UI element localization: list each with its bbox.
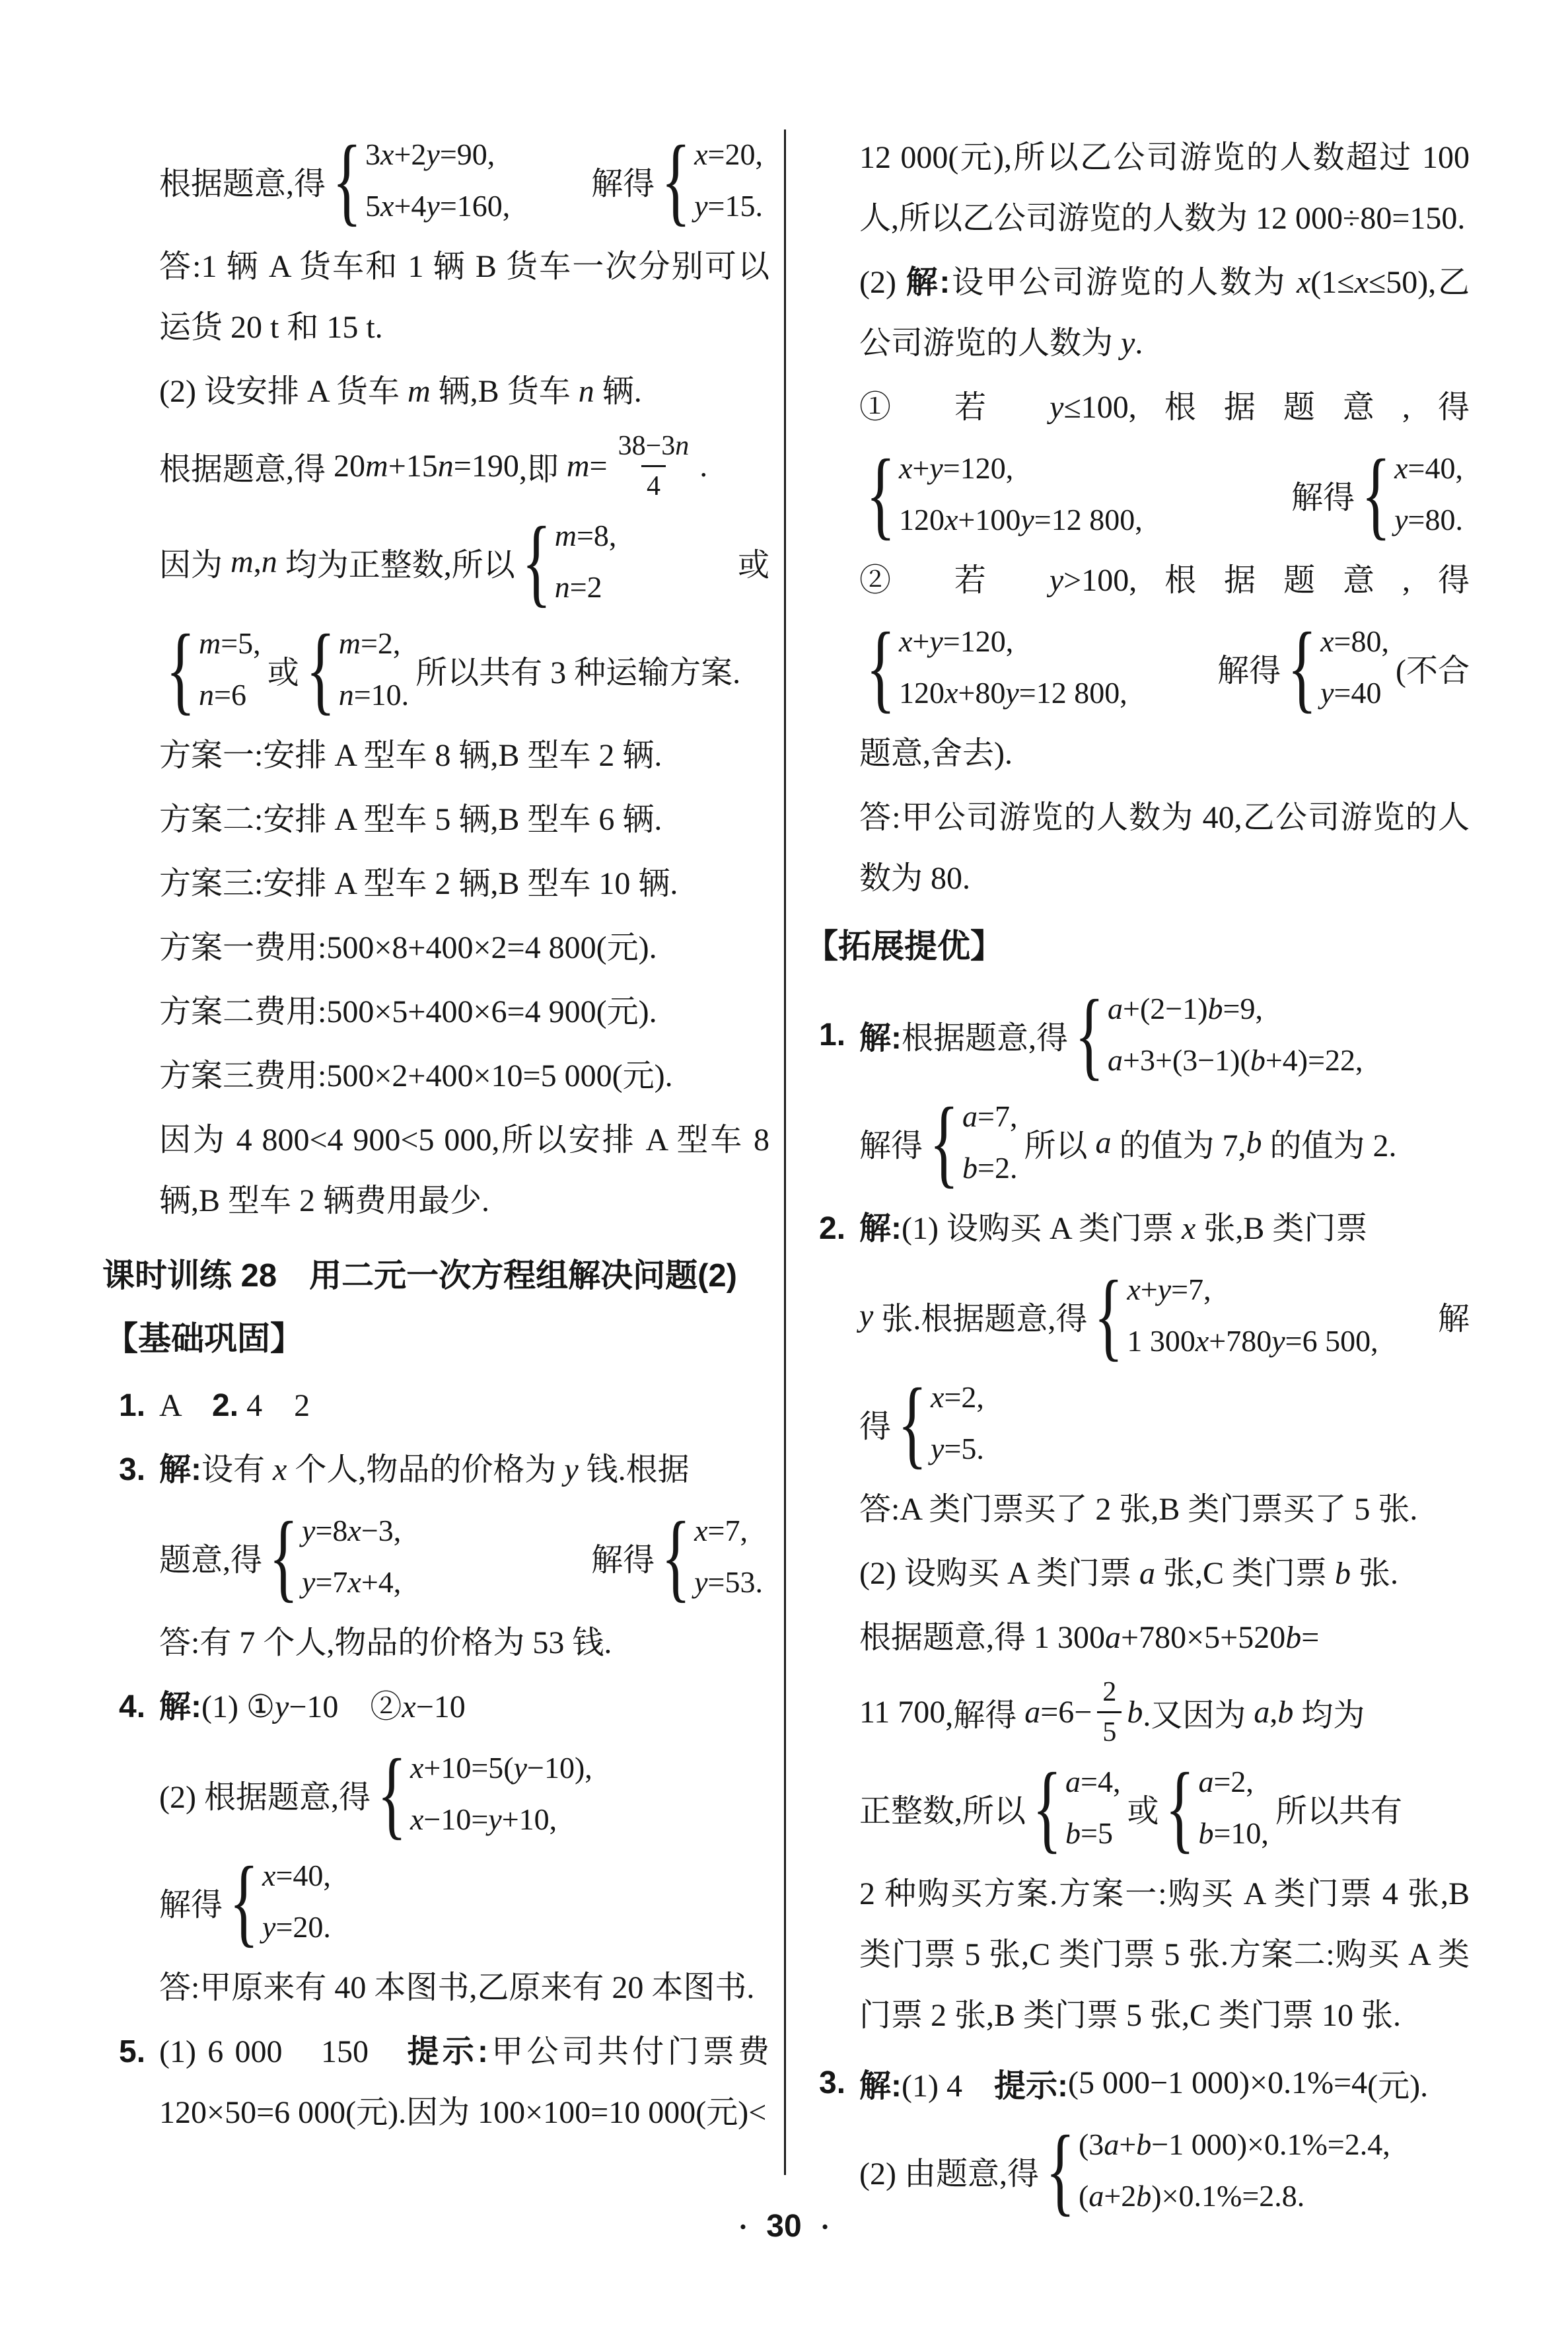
system-equation: a=7, [962, 1091, 1017, 1142]
text-run: 张. [1351, 1556, 1398, 1591]
equation-system: {y=8x−3,y=7x+4, [269, 1505, 401, 1608]
system-lines: m=5,n=6 [199, 618, 261, 721]
system-equation: a=4, [1065, 1756, 1120, 1808]
math-run: a [1095, 1125, 1111, 1161]
text-run: (1) 6 000 150 [159, 2034, 407, 2069]
equation-system: {x+y=120,120x+80y=12 800, [866, 616, 1127, 719]
system-equation: b=2. [962, 1142, 1017, 1194]
equation-system: {x+y=7,1 300x+780y=6 500, [1094, 1264, 1378, 1367]
system-equation: x=40, [1394, 443, 1463, 494]
equation-row: 解得{x=40,y=20. [159, 1850, 769, 1953]
system-equation: 120x+100y=12 800, [899, 494, 1143, 546]
text-run: 12 000(元),所以乙公司游览的人数超过 100 人,所以乙公司游览的人数为… [859, 140, 1470, 236]
system-equation: a=2, [1198, 1756, 1268, 1808]
system-lines: x=7,y=53. [694, 1505, 763, 1608]
text-run: 所以共有 [1275, 1785, 1402, 1831]
text-run: 答:甲公司游览的人数为 40,乙公司游览的人数为 80. [859, 800, 1470, 896]
system-lines: x=80,y=40 [1320, 616, 1389, 719]
text-run: 题意,舍去). [859, 736, 1013, 771]
paragraph: (2) 解:设甲公司游览的人数为 x(1≤x≤50),乙公司游览的人数为 y. [859, 252, 1470, 374]
left-brace-icon: { [866, 445, 896, 544]
system-lines: x+10=5(y−10),x−10=y+10, [410, 1742, 592, 1845]
equation-row: y 张.根据题意,得{x+y=7,1 300x+780y=6 500,解 [859, 1264, 1470, 1367]
section-heading-basic: 【基础巩固】 [105, 1312, 769, 1365]
text-run: ① 若 [859, 390, 1050, 425]
left-brace-icon: { [1032, 1758, 1062, 1857]
math-run: y [859, 1298, 873, 1334]
equation-row: {x+y=120,120x+100y=12 800,解得{x=40,y=80. [859, 443, 1470, 546]
text-run: >100,根据题意,得 [1063, 563, 1470, 598]
system-lines: a=4,b=5 [1065, 1756, 1120, 1859]
bold-run: 解: [859, 1012, 902, 1058]
item-number: 3. [119, 1440, 159, 1500]
equation-row: 解得{a=7,b=2.所以 a 的值为 7,b 的值为 2. [859, 1091, 1470, 1194]
paragraph: 题意,舍去). [859, 723, 1470, 784]
equation-system: {m=8,n=2 [522, 510, 617, 613]
paragraph: 方案三费用:500×2+400×10=5 000(元). [159, 1046, 769, 1107]
bold-run: 2. [212, 1388, 238, 1423]
system-equation: x+10=5(y−10), [410, 1742, 592, 1794]
bold-run: 解: [906, 265, 950, 300]
equation-row: (2) 由题意,得{(3a+b−1 000)×0.1%=2.4,(a+2b)×0… [859, 2119, 1470, 2222]
equation-system: {a=4,b=5 [1032, 1756, 1120, 1859]
system-lines: a+(2−1)b=9,a+3+(3−1)(b+4)=22, [1108, 983, 1363, 1086]
text-run: 2 种购买方案.方案一:购买 A 类门票 4 张,B 类门票 5 张,C 类门票… [859, 1876, 1470, 2033]
text-run: 【基础巩固】 [105, 1320, 303, 1357]
system-lines: x+y=120,120x+80y=12 800, [899, 616, 1127, 719]
system-equation: x−10=y+10, [410, 1794, 592, 1845]
system-equation: x=2, [931, 1372, 984, 1423]
bold-run: 解: [859, 2060, 902, 2106]
paragraph: 答:甲公司游览的人数为 40,乙公司游览的人数为 80. [859, 788, 1470, 909]
paragraph: (2) 设购买 A 类门票 a 张,C 类门票 b 张. [859, 1543, 1470, 1604]
item-number: 1. [119, 1376, 159, 1436]
text-run: 4 2 [238, 1388, 310, 1423]
text-run: 所以共有 3 种运输方案. [415, 647, 740, 692]
text-run: 根据题意,得 [159, 443, 334, 489]
paragraph: 3.解:设有 x 个人,物品的价格为 y 钱.根据 [159, 1440, 769, 1500]
system-equation: (3a+b−1 000)×0.1%=2.4, [1079, 2119, 1390, 2170]
left-brace-icon: { [229, 1852, 259, 1951]
text-run: (1) 4 [902, 2060, 994, 2106]
equation-row: 根据题意,得 20m+15n=190,即 m=38−3n4. [159, 427, 769, 505]
left-brace-icon: { [1046, 2121, 1075, 2220]
text-run: 答:甲原来有 40 本图书,乙原来有 20 本图书. [159, 1970, 754, 2005]
equation-system: {3x+2y=90,5x+4y=160, [332, 129, 510, 232]
paragraph: 答:有 7 个人,物品的价格为 53 钱. [159, 1613, 769, 1674]
equation-row: {x+y=120,120x+80y=12 800,解得{x=80,y=40(不合 [859, 616, 1470, 719]
equation-row: 正整数,所以{a=4,b=5或{a=2,b=10,所以共有 [859, 1756, 1470, 1859]
system-equation: y=15. [694, 180, 763, 232]
text-run: .又因为 [1143, 1689, 1254, 1735]
text-run: 方案二:安排 A 型车 5 辆,B 型车 6 辆. [159, 802, 662, 837]
fraction-denominator: 5 [1097, 1711, 1122, 1752]
system-lines: x=2,y=5. [931, 1372, 984, 1475]
math-run: y [564, 1452, 578, 1487]
bold-run: 提示: [407, 2034, 488, 2069]
left-brace-icon: { [1165, 1758, 1195, 1857]
workbook-page: 根据题意,得{3x+2y=90,5x+4y=160,解得{x=20,y=15.答… [0, 0, 1568, 2325]
system-lines: m=2,n=10. [339, 618, 409, 721]
text-run: 因为 [159, 539, 231, 585]
system-equation: b=5 [1065, 1808, 1120, 1859]
text-run: 题意,得 [159, 1534, 262, 1580]
math-run: 11 700 [859, 1694, 945, 1730]
math-run: m [408, 374, 431, 409]
text-run: 张,C 类门票 [1155, 1556, 1335, 1591]
text-run: (2) 设购买 A 类门票 [859, 1556, 1139, 1591]
system-equation: y=5. [931, 1423, 984, 1475]
system-equation: y=8x−3, [302, 1505, 401, 1557]
left-brace-icon: { [866, 618, 896, 717]
system-equation: y=7x+4, [302, 1557, 401, 1608]
left-brace-icon: { [1361, 445, 1391, 544]
system-equation: 5x+4y=160, [365, 180, 510, 232]
system-lines: x=40,y=80. [1394, 443, 1463, 546]
paragraph: 4.解:(1) ①y−10 ②x−10 [159, 1677, 769, 1738]
system-equation: m=8, [555, 510, 617, 562]
text-run: (2) 设安排 A 货车 [159, 374, 408, 409]
math-run: y [1050, 390, 1063, 425]
text-run: (2) [859, 265, 906, 300]
math-run: y [1121, 326, 1135, 361]
math-run: a [1254, 1694, 1269, 1730]
paragraph: 答:甲原来有 40 本图书,乙原来有 20 本图书. [159, 1958, 769, 2018]
system-lines: x+y=120,120x+100y=12 800, [899, 443, 1143, 546]
math-run: x [1297, 265, 1310, 300]
left-brace-icon: { [332, 131, 362, 230]
system-equation: x=80, [1320, 616, 1389, 667]
bold-run: 解: [159, 1452, 201, 1487]
text-run: 解得 [1217, 645, 1281, 690]
system-equation: b=10, [1198, 1808, 1268, 1859]
item-number: 4. [119, 1677, 159, 1738]
system-lines: y=8x−3,y=7x+4, [302, 1505, 401, 1608]
text-run: (1≤ [1310, 265, 1354, 300]
text-run: . [1135, 326, 1143, 361]
text-run: 因为 4 800<4 900<5 000,所以安排 A 型车 8 辆,B 型车 … [159, 1123, 769, 1218]
text-run: 解 [1438, 1293, 1470, 1339]
left-brace-icon: { [1075, 985, 1104, 1084]
left-brace-icon: { [522, 512, 552, 611]
math-run: x−10 [402, 1689, 465, 1724]
equation-row: 1.解:根据题意,得{a+(2−1)b=9,a+3+(3−1)(b+4)=22, [859, 983, 1470, 1086]
text-run: 课时训练 28 用二元一次方程组解决问题(2) [102, 1258, 737, 1294]
fraction: 25 [1097, 1673, 1122, 1752]
math-run: x [273, 1452, 287, 1487]
text-run: (2) 由题意,得 [859, 2148, 1039, 2194]
text-run: (不合 [1396, 645, 1470, 690]
text-run: 或 [267, 647, 299, 692]
text-run: ,解得 [945, 1689, 1024, 1735]
text-run: 根据题意,得 [859, 1620, 1034, 1655]
text-run: 辆,B 货车 [431, 374, 579, 409]
equation-system: {a=7,b=2. [929, 1091, 1017, 1194]
system-equation: y=53. [694, 1557, 763, 1608]
left-brace-icon: { [661, 131, 691, 230]
text-run: 解得 [591, 158, 655, 203]
text-run: 方案三费用:500×2+400×10=5 000(元). [159, 1058, 673, 1093]
text-run: 解得 [1291, 472, 1355, 517]
text-run: 个人,物品的价格为 [287, 1452, 564, 1487]
system-equation: x=20, [694, 129, 763, 180]
footer-left-dot: · [738, 2211, 748, 2243]
paragraph: 5.(1) 6 000 150 提示:甲公司共付门票费 120×50=6 000… [159, 2022, 769, 2143]
equation-row: 11 700,解得 a=6−25b.又因为 a,b 均为 [859, 1673, 1470, 1752]
system-lines: x=20,y=15. [694, 129, 763, 232]
text-run: (1) 设购买 A 类门票 [902, 1211, 1182, 1246]
item-number: 1. [819, 1017, 859, 1053]
column-right: 12 000(元),所以乙公司游览的人数超过 100 人,所以乙公司游览的人数为… [819, 124, 1470, 2227]
text-run: 设甲公司游览的人数为 [950, 265, 1297, 300]
text-run: (2) 根据题意,得 [159, 1771, 371, 1817]
left-brace-icon: { [166, 620, 196, 719]
equation-system: {m=5,n=6 [166, 618, 261, 721]
math-run: y [1050, 563, 1063, 598]
column-left: 根据题意,得{3x+2y=90,5x+4y=160,解得{x=20,y=15.答… [119, 124, 769, 2147]
fraction-numerator: 2 [1097, 1673, 1122, 1711]
text-run: 所以 [1024, 1120, 1095, 1165]
text-run: 的值为 7, [1111, 1120, 1246, 1165]
system-lines: m=8,n=2 [555, 510, 617, 613]
text-run: 方案一费用:500×8+400×2=4 800(元). [159, 930, 657, 965]
lesson-heading: 课时训练 28 用二元一次方程组解决问题(2) [102, 1250, 769, 1302]
equation-row: 题意,得{y=8x−3,y=7x+4,解得{x=7,y=53. [159, 1505, 769, 1608]
math-run: b [1127, 1694, 1143, 1730]
system-equation: 120x+80y=12 800, [899, 667, 1127, 719]
system-equation: x+y=120, [899, 616, 1127, 667]
footer-right-dot: · [820, 2211, 830, 2243]
math-run: a=6− [1024, 1694, 1092, 1730]
bold-run: 解: [859, 1211, 902, 1246]
text-run: , [254, 544, 262, 580]
math-run: 20m+15n=190 [334, 448, 519, 484]
system-equation: x=7, [694, 1505, 763, 1557]
math-run: y−10 [275, 1689, 338, 1724]
equation-system: {x=7,y=53. [661, 1505, 763, 1608]
system-lines: a=7,b=2. [962, 1091, 1017, 1194]
system-equation: m=5, [199, 618, 261, 669]
math-run: n [579, 374, 594, 409]
system-equation: y=40 [1320, 667, 1389, 719]
paragraph: 12 000(元),所以乙公司游览的人数超过 100 人,所以乙公司游览的人数为… [859, 128, 1470, 249]
text-run: A [159, 1388, 212, 1423]
text-run: 答:有 7 个人,物品的价格为 53 钱. [159, 1625, 612, 1660]
text-run: 解得 [591, 1534, 655, 1580]
text-run: 均为 [1293, 1689, 1365, 1735]
answer-line: 答:1 辆 A 货车和 1 辆 B 货车一次分别可以运货 20 t 和 15 t… [159, 237, 769, 358]
text-run: 根据题意,得 [159, 158, 326, 203]
paragraph: ① 若 y≤100,根据题意,得 [859, 377, 1470, 438]
page-number: 30 [766, 2209, 801, 2244]
text-run: 解得 [859, 1120, 923, 1165]
text-run: (1) ① [201, 1689, 275, 1724]
text-run: ≤100,根据题意,得 [1063, 390, 1470, 425]
text-run: ,即 [519, 443, 567, 489]
text-run: 方案一:安排 A 型车 8 辆,B 型车 2 辆. [159, 738, 662, 773]
bold-run: 解: [159, 1689, 201, 1724]
text-run: 答:A 类门票买了 2 张,B 类门票买了 5 张. [859, 1492, 1417, 1527]
left-brace-icon: { [1094, 1266, 1123, 1365]
equation-system: {m=2,n=10. [306, 618, 409, 721]
math-run: 1 300a+780×5+520b= [1034, 1620, 1319, 1655]
equation-system: {x+10=5(y−10),x−10=y+10, [377, 1742, 592, 1845]
text-run: ② [338, 1689, 402, 1724]
text-run: 方案三:安排 A 型车 2 辆,B 型车 10 辆. [159, 866, 678, 901]
math-run: b [1335, 1556, 1351, 1591]
text-run: 设有 [201, 1452, 273, 1487]
left-brace-icon: { [377, 1744, 407, 1843]
bold-run: 提示: [994, 2060, 1068, 2106]
system-equation: n=2 [555, 562, 617, 613]
paragraph: 答:A 类门票买了 2 张,B 类门票买了 5 张. [859, 1479, 1470, 1540]
system-lines: x+y=7,1 300x+780y=6 500, [1127, 1264, 1378, 1367]
paragraph: 2 种购买方案.方案一:购买 A 类门票 4 张,B 类门票 5 张,C 类门票… [859, 1864, 1470, 2046]
system-lines: 3x+2y=90,5x+4y=160, [365, 129, 510, 232]
math-run: b [1277, 1694, 1293, 1730]
text-run: 的值为 2. [1262, 1120, 1397, 1165]
system-equation: x=40, [262, 1850, 331, 1901]
paragraph: 方案二:安排 A 型车 5 辆,B 型车 6 辆. [159, 790, 769, 850]
text-run: ② 若 [859, 563, 1050, 598]
equation-system: {x=2,y=5. [898, 1372, 984, 1475]
system-equation: 1 300x+780y=6 500, [1127, 1315, 1378, 1367]
math-run: a [1139, 1556, 1155, 1591]
item-number: 2. [819, 1199, 859, 1259]
text-run: 【拓展提优】 [805, 928, 1003, 965]
equation-system: {x=40,y=80. [1361, 443, 1463, 546]
text-run: 得 [859, 1401, 891, 1446]
column-divider [784, 129, 786, 2175]
text-run: 或 [738, 539, 769, 585]
equation-row: 因为 m,n 均为正整数,所以{m=8,n=2或 [159, 510, 769, 613]
equation-row: {m=5,n=6或{m=2,n=10.所以共有 3 种运输方案. [159, 618, 769, 721]
math-run: m= [567, 448, 608, 484]
text-run: 正整数,所以 [859, 1785, 1026, 1831]
system-equation: y=80. [1394, 494, 1463, 546]
item-number: 5. [119, 2022, 159, 2083]
paragraph: 1.A 2. 4 2 [159, 1376, 769, 1436]
system-lines: (3a+b−1 000)×0.1%=2.4,(a+2b)×0.1%=2.8. [1079, 2119, 1390, 2222]
equation-system: {a+(2−1)b=9,a+3+(3−1)(b+4)=22, [1075, 983, 1363, 1086]
equation-system: {x=20,y=15. [661, 129, 763, 232]
paragraph: 因为 4 800<4 900<5 000,所以安排 A 型车 8 辆,B 型车 … [159, 1110, 769, 1232]
equation-system: {(3a+b−1 000)×0.1%=2.4,(a+2b)×0.1%=2.8. [1046, 2119, 1390, 2222]
text-run: 或 [1127, 1785, 1158, 1831]
page-footer: ·30· [0, 2208, 1568, 2244]
system-equation: y=20. [262, 1901, 331, 1953]
section-heading-extension: 【拓展提优】 [805, 920, 1470, 973]
text-run: . [699, 448, 707, 484]
text-run: 方案二费用:500×5+400×6=4 900(元). [159, 994, 657, 1029]
fraction-denominator: 4 [641, 465, 666, 505]
equation-system: {x=80,y=40 [1287, 616, 1389, 719]
paragraph: 方案二费用:500×5+400×6=4 900(元). [159, 982, 769, 1043]
math-run: b [1246, 1125, 1262, 1161]
left-brace-icon: { [306, 620, 336, 719]
math-run: m [231, 544, 254, 580]
equation-row: (2) 根据题意,得{x+10=5(y−10),x−10=y+10, [159, 1742, 769, 1845]
fraction: 38−3n4 [613, 427, 695, 505]
left-brace-icon: { [1287, 618, 1317, 717]
math-run: (5 000−1 000)×0.1%=4 [1068, 2065, 1367, 2101]
left-brace-icon: { [269, 1507, 299, 1606]
paragraph: 2.解:(1) 设购买 A 类门票 x 张,B 类门票 [859, 1199, 1470, 1259]
system-equation: m=2, [339, 618, 409, 669]
system-lines: x=40,y=20. [262, 1850, 331, 1953]
text-run: 张.根据题意,得 [873, 1293, 1087, 1339]
left-brace-icon: { [929, 1093, 959, 1192]
equation-row: 根据题意,得{3x+2y=90,5x+4y=160,解得{x=20,y=15. [159, 129, 769, 232]
math-run: n [262, 544, 277, 580]
fraction-numerator: 38−3n [613, 427, 695, 465]
left-brace-icon: { [661, 1507, 691, 1606]
text-run: 解得 [159, 1879, 223, 1925]
paragraph: ② 若 y>100,根据题意,得 [859, 550, 1470, 611]
system-equation: a+(2−1)b=9, [1108, 983, 1363, 1035]
equation-system: {a=2,b=10, [1165, 1756, 1268, 1859]
system-equation: 3x+2y=90, [365, 129, 510, 180]
equation-system: {x+y=120,120x+100y=12 800, [866, 443, 1143, 546]
paragraph: 方案一费用:500×8+400×2=4 800(元). [159, 918, 769, 978]
text-run: 辆. [594, 374, 642, 409]
left-brace-icon: { [898, 1374, 927, 1473]
paragraph: 方案一:安排 A 型车 8 辆,B 型车 2 辆. [159, 725, 769, 786]
paragraph: 根据题意,得 1 300a+780×5+520b= [859, 1607, 1470, 1668]
paragraph: (2) 设安排 A 货车 m 辆,B 货车 n 辆. [159, 361, 769, 422]
equation-row: 3.解:(1) 4 提示:(5 000−1 000)×0.1%=4(元). [859, 2051, 1470, 2114]
math-run: x [1355, 265, 1369, 300]
text-run: 钱.根据 [579, 1452, 690, 1487]
system-equation: n=6 [199, 669, 261, 721]
item-number: 3. [819, 2065, 859, 2101]
system-equation: a+3+(3−1)(b+4)=22, [1108, 1035, 1363, 1086]
text-run: 答:1 辆 A 货车和 1 辆 B 货车一次分别可以运货 20 t 和 15 t… [159, 249, 769, 345]
system-equation: x+y=120, [899, 443, 1143, 494]
system-equation: x+y=7, [1127, 1264, 1378, 1315]
math-run: x [1182, 1211, 1195, 1246]
text-run: 根据题意,得 [902, 1012, 1068, 1058]
text-run: , [1269, 1694, 1277, 1730]
paragraph: 方案三:安排 A 型车 2 辆,B 型车 10 辆. [159, 854, 769, 914]
system-equation: n=10. [339, 669, 409, 721]
equation-row: 得{x=2,y=5. [859, 1372, 1470, 1475]
equation-system: {x=40,y=20. [229, 1850, 331, 1953]
text-run: 均为正整数,所以 [277, 539, 515, 585]
text-run: (元). [1367, 2060, 1428, 2106]
system-lines: a=2,b=10, [1198, 1756, 1268, 1859]
text-run: 张,B 类门票 [1195, 1211, 1367, 1246]
